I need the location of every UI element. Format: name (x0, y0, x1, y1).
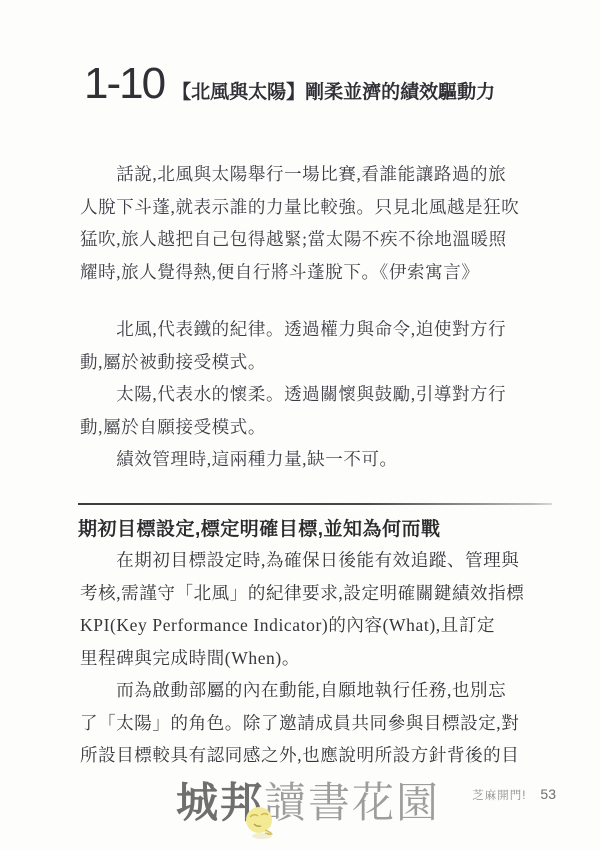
page-number: 53 (540, 786, 556, 802)
text-line: 績效管理時,這兩種力量,缺一不可。 (80, 443, 532, 476)
section-heading: 期初目標設定,標定明確目標,並知為何而戰 (78, 514, 441, 541)
text-line: 動,屬於自願接受模式。 (80, 411, 532, 444)
running-title: 芝麻開門! (472, 787, 526, 803)
text-line: 了「太陽」的角色。除了邀請成員共同參與目標設定,對 (80, 707, 532, 740)
watermark-light-text: 讀書花園 (264, 779, 440, 826)
text-line: 而為啟動部屬的內在動能,自願地執行任務,也別忘 (80, 674, 532, 707)
text-line: KPI(Key Performance Indicator)的內容(What),… (80, 609, 532, 642)
page-title: 【北風與太陽】剛柔並濟的績效驅動力 (172, 77, 495, 104)
text-line: 動,屬於被動接受模式。 (80, 346, 532, 379)
text-line: 里程碑與完成時間(When)。 (80, 642, 532, 675)
text-line: 人脫下斗蓬,就表示誰的力量比較強。只見北風越是狂吹 (80, 191, 532, 224)
chapter-number: 1-10 (84, 62, 164, 106)
section-divider (78, 503, 552, 505)
text-line: 太陽,代表水的懷柔。透過關懷與鼓勵,引導對方行 (80, 378, 532, 411)
fable-paragraph: 話說,北風與太陽舉行一場比賽,看誰能讓路過的旅人脫下斗蓬,就表示誰的力量比較強。… (80, 158, 532, 288)
body-paragraph: 在期初目標設定時,為確保日後能有效追蹤、管理與考核,需謹守「北風」的紀律要求,設… (80, 544, 532, 772)
text-line: 猛吹,旅人越把自己包得越緊;當太陽不疾不徐地溫暖照 (80, 223, 532, 256)
text-line: 在期初目標設定時,為確保日後能有效追蹤、管理與 (80, 544, 532, 577)
reading-mascot-icon (240, 803, 282, 845)
text-line: 話說,北風與太陽舉行一場比賽,看誰能讓路過的旅 (80, 158, 532, 191)
chapter-header: 1-10 【北風與太陽】剛柔並濟的績效驅動力 (84, 62, 495, 106)
footer-right: 芝麻開門! 53 (472, 786, 556, 803)
text-line: 考核,需謹守「北風」的紀律要求,設定明確關鍵績效指標 (80, 577, 532, 610)
text-line: 所設目標較具有認同感之外,也應說明所設方針背後的目 (80, 739, 532, 772)
summary-paragraph: 北風,代表鐵的紀律。透過權力與命令,迫使對方行動,屬於被動接受模式。 太陽,代表… (80, 313, 532, 476)
publisher-watermark: 城邦讀書花園 (176, 779, 440, 827)
text-line: 北風,代表鐵的紀律。透過權力與命令,迫使對方行 (80, 313, 532, 346)
text-line: 耀時,旅人覺得熱,便自行將斗蓬脫下。《伊索寓言》 (80, 256, 532, 289)
